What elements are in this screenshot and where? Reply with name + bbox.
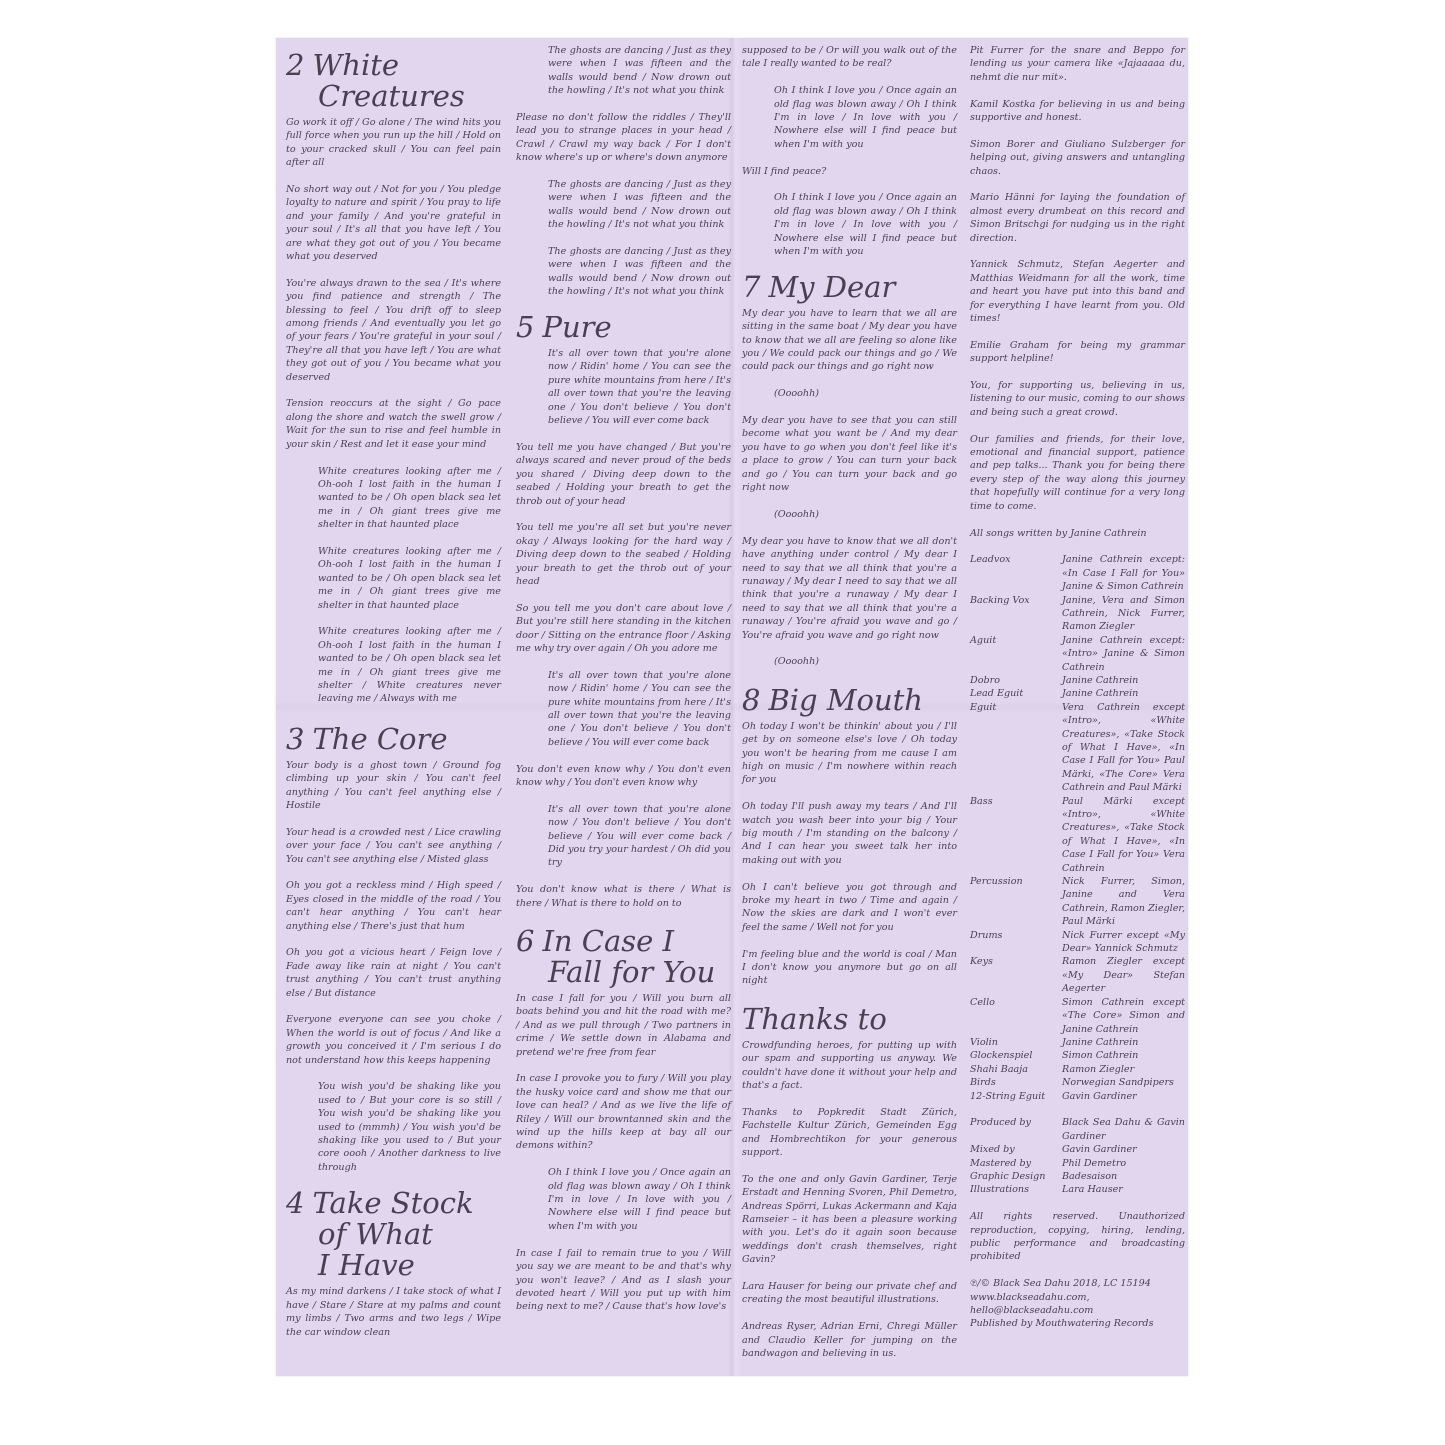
verse: Your head is a crowded nest / Lice crawl… (286, 826, 501, 866)
refrain: (Oooohh) (742, 508, 957, 521)
chorus: It's all over town that you're alone now… (516, 803, 731, 870)
verse: No short way out / Not for you / You ple… (286, 183, 501, 263)
thanks-paragraph: You, for supporting us, believing in us,… (970, 379, 1185, 419)
credit-row: Shahi BaajaRamon Ziegler (970, 1063, 1185, 1076)
verse: supposed to be / Or will you walk out of… (742, 44, 957, 71)
rights-text: All rights reserved. Unauthorized reprod… (970, 1210, 1185, 1264)
thanks-title: Thanks to (742, 1004, 957, 1035)
chorus: Oh I think I love you / Once again an ol… (516, 1166, 731, 1233)
verse: You don't even know why / You don't even… (516, 763, 731, 790)
credit-row: Graphic DesignBadesaison (970, 1170, 1185, 1183)
verse: My dear you have to know that we all don… (742, 535, 957, 642)
refrain: (Oooohh) (742, 387, 957, 400)
copyright: ℗/© Black Sea Dahu 2018, LC 15194 (970, 1277, 1185, 1290)
credit-row: ViolinJanine Cathrein (970, 1036, 1185, 1049)
legal-notice: All rights reserved. Unauthorized reprod… (970, 1210, 1185, 1331)
credit-row: 12-String EguitGavin Gardiner (970, 1090, 1185, 1103)
credit-row: DobroJanine Cathrein (970, 674, 1185, 687)
column-2: The ghosts are dancing / Just as they we… (516, 44, 731, 1327)
songwriter-credit: All songs written by Janine Cathrein (970, 527, 1185, 540)
song-title-big-mouth: 8Big Mouth (742, 685, 957, 716)
verse: Oh you got a reckless mind / High speed … (286, 879, 501, 933)
musician-credits: LeadvoxJanine Cathrein except: «In Case … (970, 553, 1185, 1103)
verse: My dear you have to see that you can sti… (742, 414, 957, 494)
song-title-the-core: 3The Core (286, 724, 501, 755)
chorus: It's all over town that you're alone now… (516, 347, 731, 427)
lyric-sheet: 2White Creatures Go work it off / Go alo… (276, 38, 1188, 1376)
verse: You tell me you're all set but you're ne… (516, 521, 731, 588)
thanks-paragraph: Yannick Schmutz, Stefan Aegerter and Mat… (970, 258, 1185, 325)
song-title-my-dear: 7My Dear (742, 272, 957, 303)
credit-row: AguitJanine Cathrein except: «Intro» Jan… (970, 634, 1185, 674)
thanks-paragraph: Thanks to Popkredit Stadt Zürich, Fachst… (742, 1106, 957, 1160)
verse: You tell me you have changed / But you'r… (516, 441, 731, 508)
email-link: hello@blackseadahu.com (970, 1304, 1185, 1317)
chorus: Oh I think I love you / Once again an ol… (742, 191, 957, 258)
verse: Oh you got a vicious heart / Feign love … (286, 946, 501, 1000)
credit-row: Lead EguitJanine Cathrein (970, 687, 1185, 700)
credit-row: KeysRamon Ziegler except «My Dear» Stefa… (970, 955, 1185, 995)
chorus: It's all over town that you're alone now… (516, 669, 731, 749)
credit-row: EguitVera Cathrein except «Intro», «Whit… (970, 701, 1185, 795)
website-link: www.blackseadahu.com, (970, 1291, 1185, 1304)
production-credits: Produced byBlack Sea Dahu & Gavin Gardin… (970, 1116, 1185, 1196)
verse: Go work it off / Go alone / The wind hit… (286, 116, 501, 170)
verse: Oh today I won't be thinkin' about you /… (742, 720, 957, 787)
credit-row: BassPaul Märki except «Intro», «White Cr… (970, 795, 1185, 875)
thanks-paragraph: Andreas Ryser, Adrian Erni, Chregi Mülle… (742, 1320, 957, 1360)
verse: Please no don't follow the riddles / The… (516, 111, 731, 165)
credit-row: PercussionNick Furrer, Simon, Janine and… (970, 875, 1185, 929)
verse: Your body is a ghost town / Ground fog c… (286, 759, 501, 813)
thanks-paragraph: Emilie Graham for being my grammar suppo… (970, 339, 1185, 366)
chorus: White creatures looking after me / Oh-oo… (286, 465, 501, 532)
verse: In case I fail to remain true to you / W… (516, 1247, 731, 1314)
verse: Everyone everyone can see you choke / Wh… (286, 1013, 501, 1067)
thanks-paragraph: Mario Hänni for laying the foundation of… (970, 191, 1185, 245)
verse: I'm feeling blue and the world is coal /… (742, 948, 957, 988)
song-title-white-creatures: 2White Creatures (286, 50, 501, 112)
credit-row: Mixed byGavin Gardiner (970, 1143, 1185, 1156)
verse: Tension reoccurs at the sight / Go pace … (286, 397, 501, 451)
thanks-paragraph: Lara Hauser for being our private chef a… (742, 1280, 957, 1307)
verse: In case I provoke you to fury / Will you… (516, 1072, 731, 1152)
credit-row: Produced byBlack Sea Dahu & Gavin Gardin… (970, 1116, 1185, 1143)
chorus: The ghosts are dancing / Just as they we… (516, 245, 731, 299)
verse: Will I find peace? (742, 165, 957, 178)
chorus: The ghosts are dancing / Just as they we… (516, 178, 731, 232)
chorus: You wish you'd be shaking like you used … (286, 1080, 501, 1174)
column-4: Pit Furrer for the snare and Beppo for l… (970, 44, 1185, 1331)
credit-row: DrumsNick Furrer except «My Dear» Yannic… (970, 929, 1185, 956)
thanks-paragraph: Crowdfunding heroes, for putting up with… (742, 1039, 957, 1093)
song-title-take-stock: 4Take Stock of What I Have (286, 1188, 501, 1281)
credit-row: Mastered byPhil Demetro (970, 1157, 1185, 1170)
chorus: Oh I think I love you / Once again an ol… (742, 84, 957, 151)
credit-row: CelloSimon Cathrein except «The Core» Si… (970, 996, 1185, 1036)
song-title-pure: 5Pure (516, 312, 731, 343)
verse: So you tell me you don't care about love… (516, 602, 731, 656)
thanks-paragraph: To the one and only Gavin Gardiner, Terj… (742, 1173, 957, 1267)
credit-row: BirdsNorwegian Sandpipers (970, 1076, 1185, 1089)
chorus: White creatures looking after me / Oh-oo… (286, 625, 501, 705)
column-3: supposed to be / Or will you walk out of… (742, 44, 957, 1374)
verse: Oh I can't believe you got through and b… (742, 881, 957, 935)
song-title-in-case: 6In Case I Fall for You (516, 926, 731, 988)
verse: You don't know what is there / What is t… (516, 883, 731, 910)
chorus: The ghosts are dancing / Just as they we… (516, 44, 731, 98)
column-1: 2White Creatures Go work it off / Go alo… (286, 44, 501, 1352)
credit-row: Backing VoxJanine, Vera and Simon Cathre… (970, 594, 1185, 634)
verse: As my mind darkens / I take stock of wha… (286, 1285, 501, 1339)
credit-row: IllustrationsLara Hauser (970, 1183, 1185, 1196)
publisher: Published by Mouthwatering Records (970, 1317, 1185, 1330)
verse: You're always drawn to the sea / It's wh… (286, 277, 501, 384)
verse: Oh today I'll push away my tears / And I… (742, 800, 957, 867)
thanks-paragraph: Kamil Kostka for believing in us and bei… (970, 98, 1185, 125)
thanks-paragraph: Our families and friends, for their love… (970, 433, 1185, 513)
thanks-paragraph: Simon Borer and Giuliano Sulzberger for … (970, 138, 1185, 178)
thanks-paragraph: Pit Furrer for the snare and Beppo for l… (970, 44, 1185, 84)
chorus: White creatures looking after me / Oh-oo… (286, 545, 501, 612)
refrain: (Oooohh) (742, 655, 957, 668)
credit-row: LeadvoxJanine Cathrein except: «In Case … (970, 553, 1185, 593)
verse: My dear you have to learn that we all ar… (742, 307, 957, 374)
verse: In case I fall for you / Will you burn a… (516, 992, 731, 1059)
credit-row: GlockenspielSimon Cathrein (970, 1049, 1185, 1062)
